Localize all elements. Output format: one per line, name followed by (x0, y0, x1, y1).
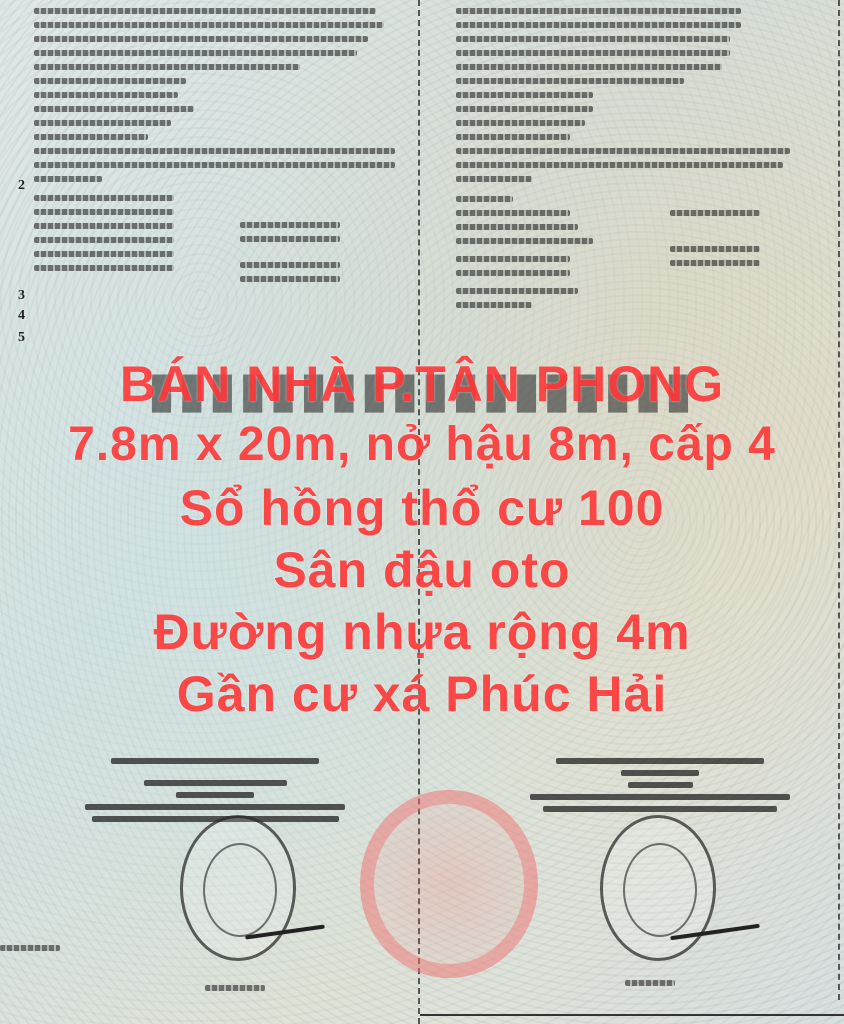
section-number: 4 (18, 308, 25, 324)
ad-road: Đường nhựa rộng 4m (0, 601, 844, 663)
ad-parking: Sân đậu oto (0, 539, 844, 601)
right-page-values (670, 210, 760, 274)
ad-dimensions: 7.8m x 20m, nở hậu 8m, cấp 4 (0, 413, 844, 477)
left-signer-name (205, 985, 265, 991)
right-official-stamp (600, 815, 716, 961)
right-signer-name (625, 980, 675, 986)
advertisement-overlay: BÁN NHÀ P.TÂN PHONG 7.8m x 20m, nở hậu 8… (0, 355, 844, 725)
ad-headline: BÁN NHÀ P.TÂN PHONG (0, 355, 844, 413)
left-page-section-2-values (240, 222, 340, 290)
left-page-section-2 (34, 195, 174, 279)
right-page-text-block (456, 8, 836, 316)
left-page-text-block (34, 8, 414, 190)
right-issuing-authority (530, 752, 790, 818)
section-number: 5 (18, 330, 25, 346)
page-bottom-edge (420, 1014, 844, 1016)
left-official-stamp (180, 815, 296, 961)
ad-location: Gần cư xá Phúc Hải (0, 663, 844, 725)
section-number: 3 (18, 288, 25, 304)
left-issuing-authority (85, 752, 345, 828)
left-footer-code (0, 945, 60, 951)
red-seal (360, 790, 538, 978)
section-number: 2 (18, 178, 25, 194)
ad-title-type: Sổ hồng thổ cư 100 (0, 477, 844, 539)
